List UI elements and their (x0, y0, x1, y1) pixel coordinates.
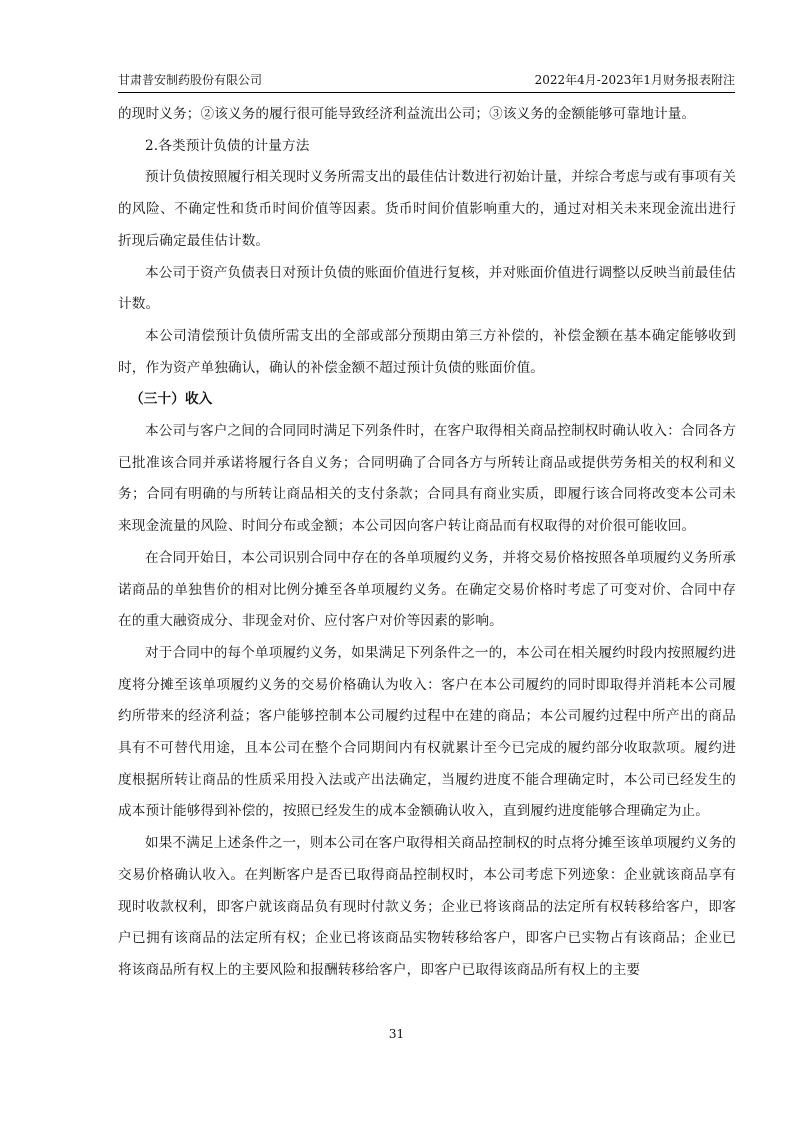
section-heading-revenue: （三十）收入 (118, 384, 736, 416)
paragraph-continuation: 的现时义务；②该义务的履行很可能导致经济利益流出公司；③该义务的金额能够可靠地计… (118, 99, 736, 131)
document-title: 2022年4月-2023年1月财务报表附注 (535, 71, 735, 88)
page-header: 甘肃普安制药股份有限公司 2022年4月-2023年1月财务报表附注 (118, 70, 735, 93)
paragraph: 对于合同中的每个单项履约义务，如果满足下列条件之一的，本公司在相关履约时段内按照… (118, 638, 736, 828)
document-body: 的现时义务；②该义务的履行很可能导致经济利益流出公司；③该义务的金额能够可靠地计… (118, 99, 736, 987)
paragraph: 本公司于资产负债表日对预计负债的账面价值进行复核，并对账面价值进行调整以反映当前… (118, 258, 736, 321)
paragraph: 本公司清偿预计负债所需支出的全部或部分预期由第三方补偿的，补偿金额在基本确定能够… (118, 321, 736, 384)
paragraph: 预计负债按照履行相关现时义务所需支出的最佳估计数进行初始计量，并综合考虑与或有事… (118, 162, 736, 257)
paragraph: 在合同开始日，本公司识别合同中存在的各单项履约义务，并将交易价格按照各单项履约义… (118, 543, 736, 638)
paragraph: 如果不满足上述条件之一，则本公司在客户取得相关商品控制权的时点将分摊至该单项履约… (118, 828, 736, 987)
company-name: 甘肃普安制药股份有限公司 (118, 71, 262, 88)
page-number: 31 (0, 1027, 793, 1041)
paragraph: 本公司与客户之间的合同同时满足下列条件时，在客户取得相关商品控制权时确认收入：合… (118, 416, 736, 543)
subheading-measurement-method: 2.各类预计负债的计量方法 (118, 131, 736, 163)
